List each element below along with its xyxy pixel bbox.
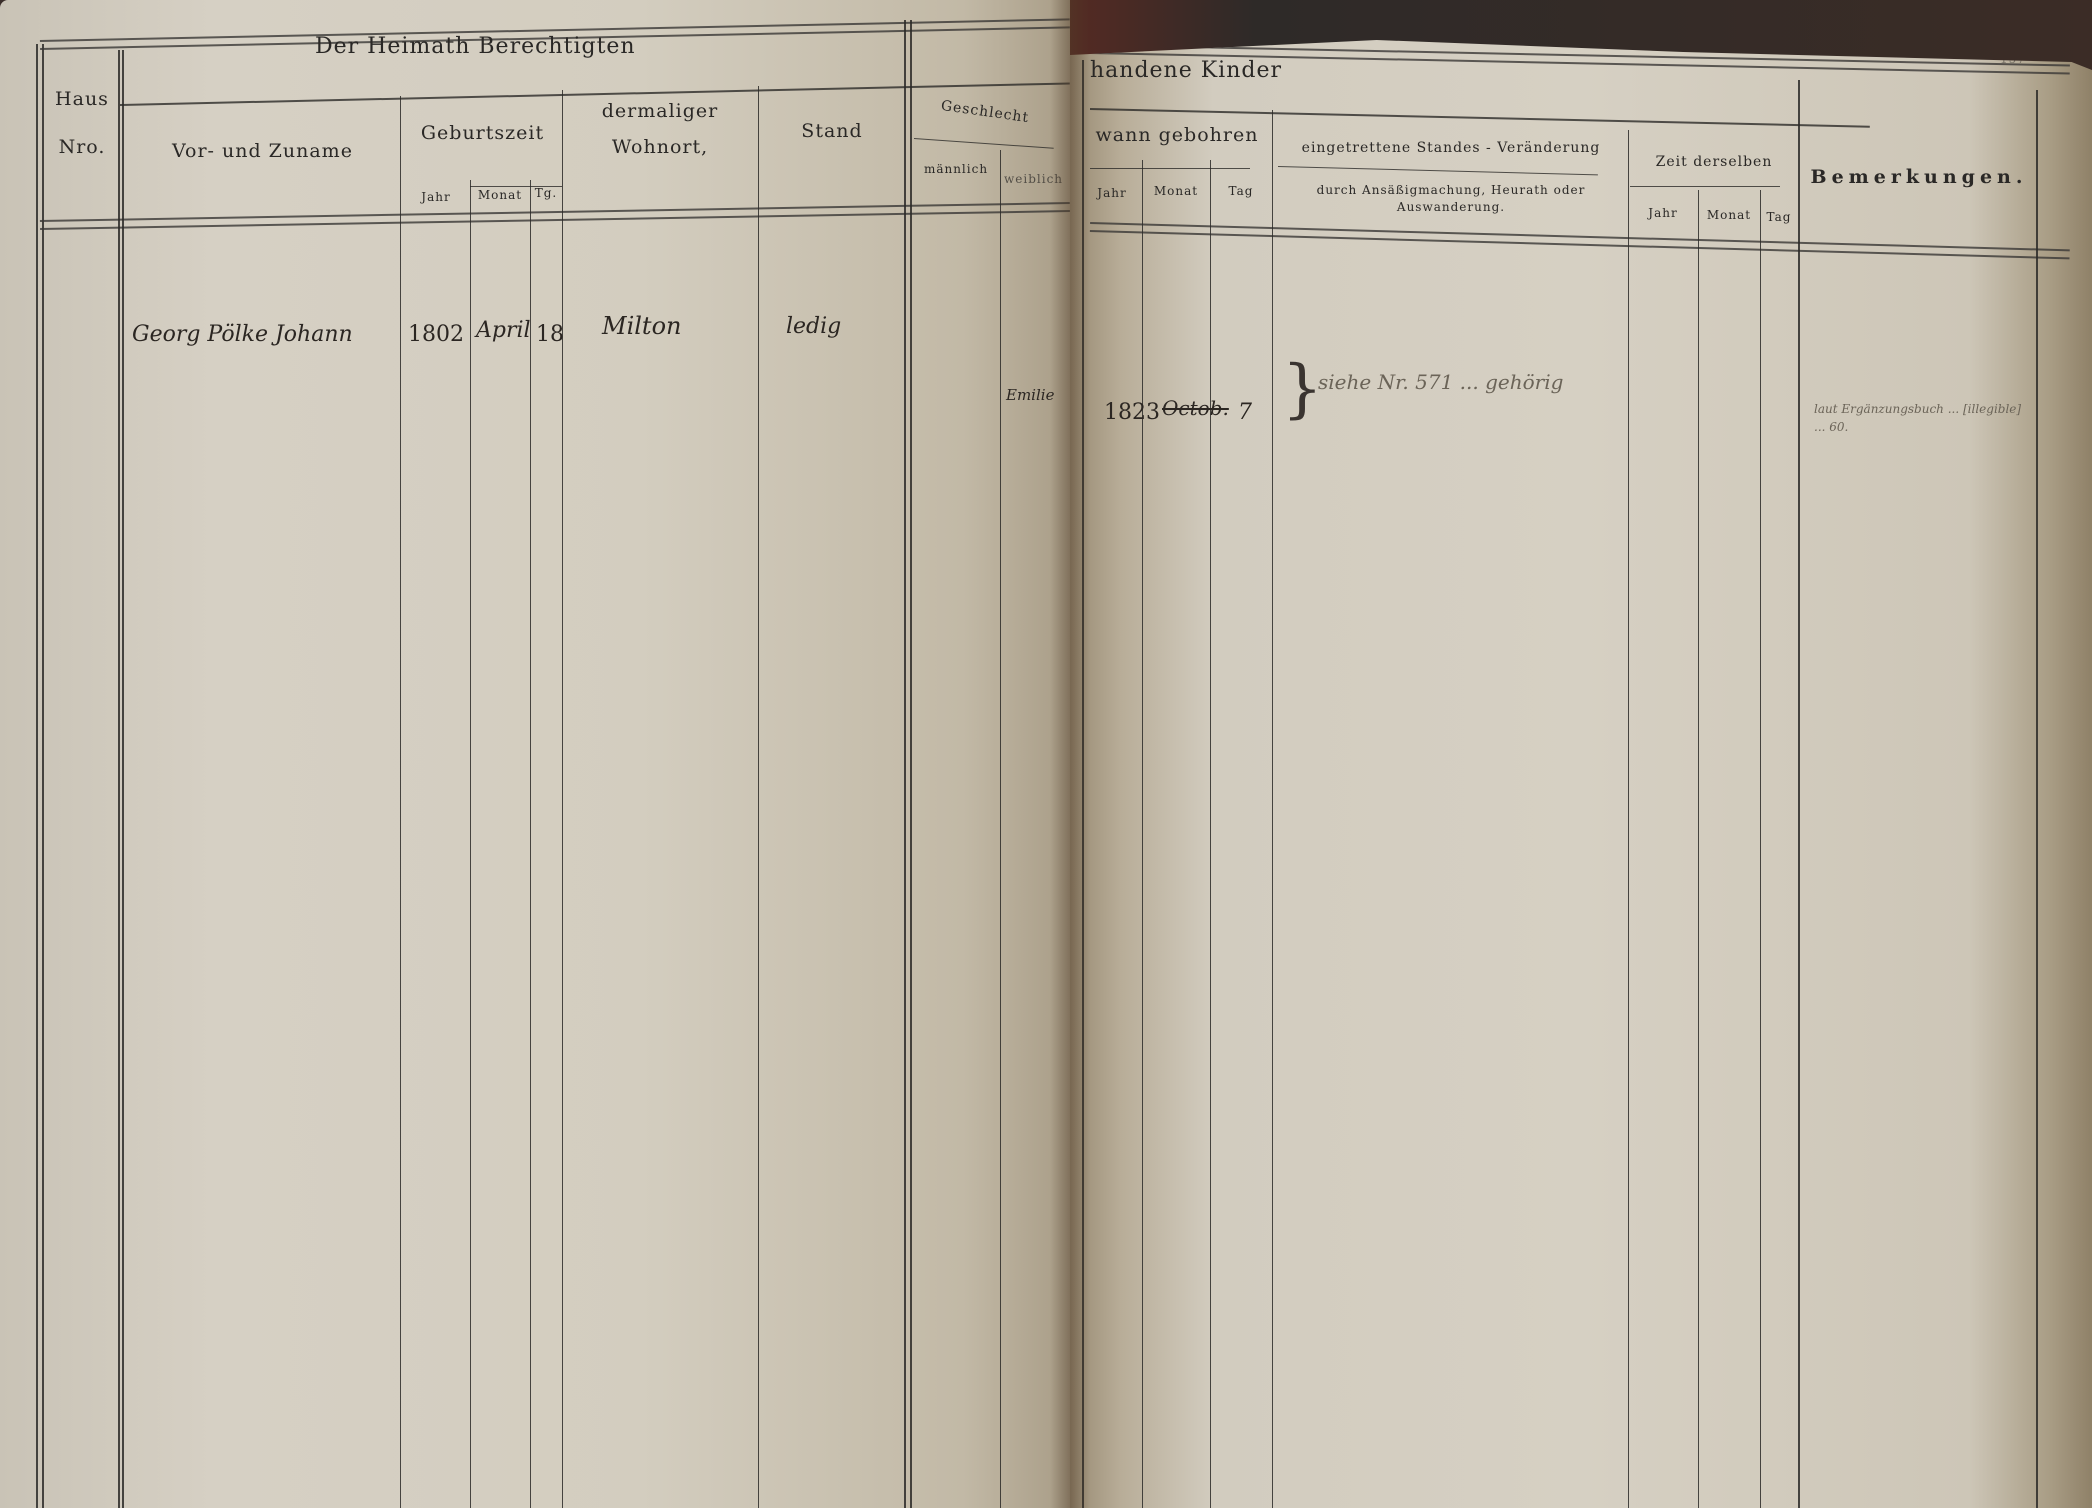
sub-header-rule bbox=[1278, 166, 1598, 175]
header-geburt-tag: Tg. bbox=[531, 186, 561, 200]
sub-header-rule bbox=[1090, 168, 1250, 169]
sub-header-rule bbox=[914, 138, 1054, 149]
column-divider bbox=[562, 90, 563, 1508]
entry-wohnort: Milton bbox=[602, 312, 681, 340]
child-monat: Octob. bbox=[1162, 396, 1229, 420]
header-geburt-jahr: Jahr bbox=[405, 190, 467, 204]
child-weiblich: Emilie bbox=[1006, 386, 1054, 404]
column-divider bbox=[1628, 130, 1629, 1508]
header-wohnort-2: Wohnort, bbox=[566, 136, 754, 158]
header-nro: Nro. bbox=[48, 136, 116, 158]
header-zeit-jahr: Jahr bbox=[1632, 206, 1694, 220]
header-veraenderung-sub: durch Ansäßigmachung, Heurath oder Auswa… bbox=[1296, 182, 1606, 216]
column-divider bbox=[470, 180, 471, 1508]
entry-name: Georg Pölke Johann bbox=[132, 322, 353, 347]
header-zeit-derselben: Zeit derselben bbox=[1632, 154, 1796, 170]
header-name: Vor- und Zuname bbox=[130, 140, 395, 162]
column-divider bbox=[530, 180, 531, 1508]
group-header-kinder: handene Kinder bbox=[1090, 58, 1282, 83]
entry-monat: April bbox=[476, 318, 531, 343]
header-kind-jahr: Jahr bbox=[1084, 186, 1140, 200]
column-divider bbox=[1698, 190, 1699, 1508]
header-kind-monat: Monat bbox=[1144, 184, 1208, 198]
entry-tag: 18 bbox=[536, 322, 564, 347]
column-divider bbox=[1142, 160, 1143, 1508]
header-bottom-rule bbox=[40, 202, 1070, 230]
header-maennlich: männlich bbox=[914, 162, 998, 176]
column-divider bbox=[1272, 110, 1273, 1508]
entry-stand: ledig bbox=[786, 314, 841, 339]
header-bemerkungen: Bemerkungen. bbox=[1806, 166, 2032, 188]
right-page: Vor- handene Kinder 157 wann gebohren Ja… bbox=[1070, 0, 2092, 1508]
column-divider bbox=[400, 96, 401, 1508]
column-divider bbox=[118, 50, 120, 1508]
group-header-heimath: Der Heimath Berechtigten bbox=[315, 34, 636, 59]
child-veraenderung: siehe Nr. 571 ... gehörig bbox=[1318, 370, 1563, 394]
entry-jahr: 1802 bbox=[408, 322, 464, 347]
column-divider bbox=[122, 50, 124, 1508]
column-divider bbox=[904, 20, 906, 1508]
header-zeit-tag: Tag bbox=[1762, 210, 1796, 224]
frame-line bbox=[42, 44, 44, 1508]
left-page: Der Heimath Berechtigten Haus Nro. Vor- … bbox=[0, 0, 1070, 1508]
brace: } bbox=[1282, 352, 1323, 426]
column-divider bbox=[1210, 160, 1211, 1508]
child-tag: 7 bbox=[1238, 400, 1252, 425]
column-divider bbox=[910, 20, 912, 1508]
header-zeit-monat: Monat bbox=[1700, 208, 1758, 222]
header-geburt-monat: Monat bbox=[472, 188, 528, 202]
column-divider bbox=[1000, 150, 1001, 1508]
header-wann-gebohren: wann gebohren bbox=[1084, 124, 1270, 146]
header-geschlecht: Geschlecht bbox=[920, 95, 1051, 129]
column-divider bbox=[2036, 90, 2038, 1508]
column-divider bbox=[1798, 80, 1800, 1508]
header-stand: Stand bbox=[762, 120, 902, 142]
child-bemerkungen: laut Ergänzungsbuch ... [illegible] ... … bbox=[1814, 400, 2024, 436]
frame-line bbox=[36, 44, 38, 1508]
sub-header-rule bbox=[1630, 186, 1780, 187]
child-jahr: 1823 bbox=[1104, 400, 1160, 425]
header-standes-veraenderung: eingetrettene Standes - Veränderung bbox=[1276, 140, 1626, 156]
header-geburtszeit: Geburtszeit bbox=[405, 122, 560, 144]
header-wohnort-1: dermaliger bbox=[566, 100, 754, 122]
column-divider bbox=[758, 86, 759, 1508]
book-gutter bbox=[1050, 0, 1090, 1508]
header-bottom-rule bbox=[1090, 222, 2070, 259]
column-divider bbox=[1760, 190, 1761, 1508]
header-haus: Haus bbox=[48, 88, 116, 110]
header-kind-tag: Tag bbox=[1212, 184, 1270, 198]
